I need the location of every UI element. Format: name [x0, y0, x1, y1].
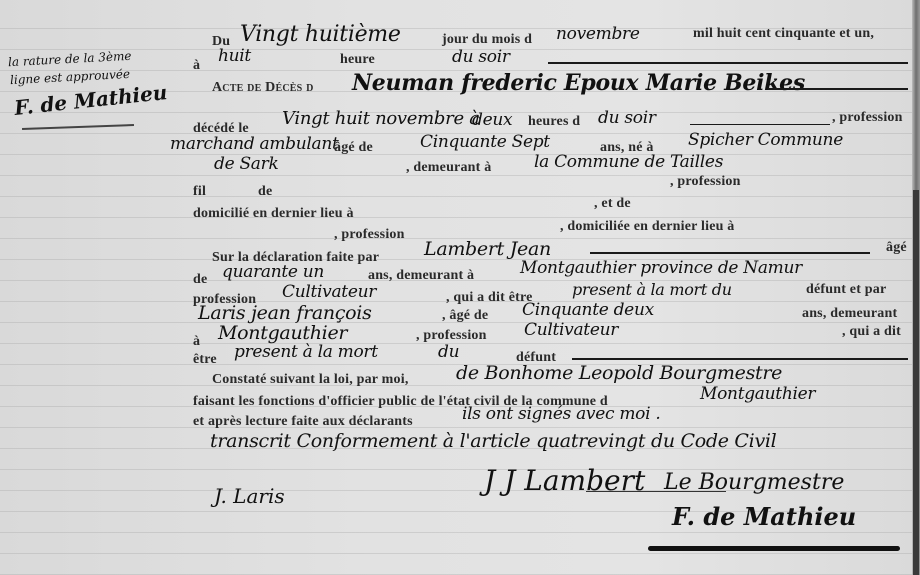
month-value: novembre [556, 24, 640, 44]
declarant2-residence: Montgauthier [218, 322, 347, 344]
fill-line [548, 62, 908, 64]
declarant1-age: quarante un [222, 262, 324, 282]
declarant2-profession: Cultivateur [524, 320, 618, 340]
signature-mayor: F. de Mathieu [672, 502, 856, 531]
signed-statement: ils ont signés avec moi . [462, 404, 660, 424]
death-day-value: Vingt huit novembre à [282, 108, 480, 129]
binding-shadow [913, 190, 919, 575]
label-age-de: âgé de [334, 140, 373, 156]
label-ans-demeurant: ans, demeurant [802, 306, 897, 322]
signature-laris: J. Laris [214, 484, 285, 508]
label-age-de-2: , âgé de [442, 308, 488, 324]
declarant1-relation: present à la mort du [572, 280, 732, 299]
commune-value: Montgauthier [700, 384, 815, 404]
label-apres-lecture: et après lecture faite aux déclarants [193, 414, 413, 430]
label-defunt-et-par: défunt et par [806, 282, 886, 298]
bourgmestre-title: Le Bourgmestre [664, 470, 844, 495]
label-qui-a-dit: , qui a dit [842, 324, 901, 340]
label-heures-d: heures d [528, 114, 580, 130]
label-fil: fil [193, 184, 206, 200]
label-jour-du-mois: jour du mois d [442, 32, 532, 48]
declarant2-age: Cinquante deux [522, 300, 654, 320]
label-a-2: à [193, 334, 200, 350]
label-de-2: de [193, 272, 207, 288]
label-et-de: , et de [594, 196, 631, 212]
transcription-note: transcrit Conformement à l'article quatr… [210, 430, 776, 452]
label-qui-a-dit-etre: , qui a dit être [446, 290, 533, 306]
fill-line [690, 124, 830, 125]
day-value: Vingt huitième [240, 22, 401, 47]
declarant1-name: Lambert Jean [424, 238, 551, 260]
deceased-name: Neuman frederic Epoux Marie Beikes [352, 70, 805, 96]
label-domiciliee: , domiciliée en dernier lieu à [560, 219, 735, 235]
birthplace-cont-value: de Sark [214, 154, 278, 174]
birthplace-value: Spicher Commune [688, 130, 843, 150]
label-demeurant-a: , demeurant à [406, 160, 491, 176]
label-profession-3: , profession [334, 227, 405, 243]
fill-line [590, 252, 870, 254]
declarant2-relation: present à la mort [234, 342, 378, 362]
death-hour-value: deux [472, 110, 512, 130]
label-constate: Constaté suivant la loi, par moi, [212, 372, 409, 388]
death-time-value: du soir [598, 108, 656, 128]
profession-value: marchand ambulant [170, 134, 339, 154]
label-de: de [258, 184, 272, 200]
signature-flourish [648, 546, 900, 551]
label-ans-demeurant-a: ans, demeurant à [368, 268, 474, 284]
document-page: la rature de la 3ème ligne est approuvée… [0, 0, 920, 575]
fill-line [572, 358, 908, 360]
label-domicilie: domicilié en dernier lieu à [193, 206, 354, 222]
declarant2-du: du [438, 342, 459, 362]
officer-name: de Bonhome Leopold Bourgmestre [456, 362, 782, 384]
label-etre: être [193, 352, 217, 368]
declarant2-name: Laris jean françois [198, 302, 372, 324]
label-a: à [193, 58, 200, 74]
fill-line [768, 88, 908, 90]
residence-value: la Commune de Tailles [534, 152, 723, 172]
year-text: mil huit cent cinquante et un, [693, 26, 874, 42]
time-of-day-value: du soir [452, 47, 510, 67]
declarant1-residence: Montgauthier province de Namur [520, 258, 802, 278]
label-acte-de-deces: Acte de Décès d [212, 80, 314, 96]
label-profession-1: , profession [832, 110, 903, 126]
hour-value: huit [218, 46, 251, 66]
label-profession-2: , profession [670, 174, 741, 190]
signature-lambert: J J Lambert [484, 464, 645, 497]
age-value: Cinquante Sept [420, 132, 550, 152]
declarant1-profession: Cultivateur [282, 282, 376, 302]
label-age: âgé [886, 240, 907, 256]
label-heure: heure [340, 52, 375, 68]
